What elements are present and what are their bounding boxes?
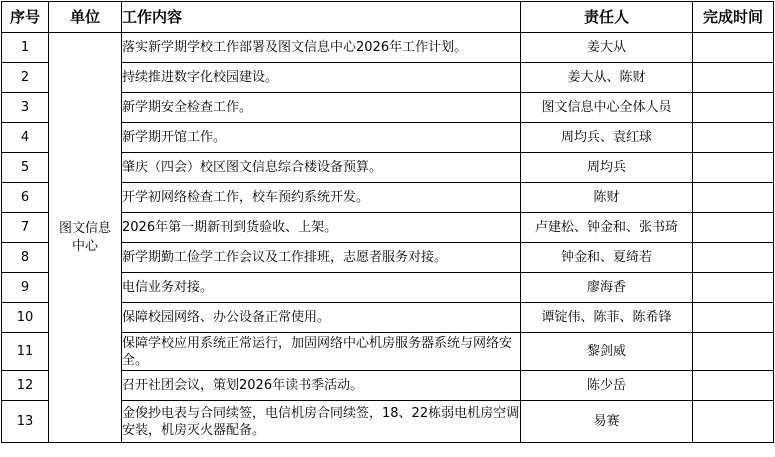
header-deadline: 完成时间 [693,2,774,33]
row-owner: 周均兵 [521,153,693,183]
row-task: 保障校园网络、办公设备正常使用。 [122,303,521,333]
row-deadline[interactable] [693,273,774,303]
unit-name: 图文信息中心 [55,220,115,256]
row-task: 新学期勤工俭学工作会议及工作排班，志愿者服务对接。 [122,243,521,273]
row-owner: 卢建松、钟金和、张书琦 [521,213,693,243]
row-owner: 姜大从 [521,33,693,63]
table-row: 1 图文信息中心 落实新学期学校工作部署及图文信息中心2026年工作计划。 姜大… [2,33,774,63]
row-owner: 姜大从、陈财 [521,63,693,93]
row-owner: 谭锭伟、陈菲、陈希锋 [521,303,693,333]
row-task: 金俊抄电表与合同续签，电信机房合同续签，18、22栋弱电机房空调安装，机房灭火器… [122,401,521,443]
row-index: 8 [2,243,49,273]
row-deadline[interactable] [693,63,774,93]
header-index: 序号 [2,2,49,33]
row-index: 6 [2,183,49,213]
row-task: 持续推进数字化校园建设。 [122,63,521,93]
row-deadline[interactable] [693,33,774,63]
work-plan-table: 序号 单位 工作内容 责任人 完成时间 1 图文信息中心 落实新学期学校工作部署… [1,1,774,443]
row-index: 3 [2,93,49,123]
row-task: 2026年第一期新刊到货验收、上架。 [122,213,521,243]
row-task: 开学初网络检查工作，校车预约系统开发。 [122,183,521,213]
row-task: 落实新学期学校工作部署及图文信息中心2026年工作计划。 [122,33,521,63]
row-owner: 周均兵、袁红球 [521,123,693,153]
row-owner: 图文信息中心全体人员 [521,93,693,123]
row-owner: 陈财 [521,183,693,213]
unit-cell: 图文信息中心 [49,33,122,443]
row-deadline[interactable] [693,213,774,243]
row-deadline[interactable] [693,401,774,443]
row-index: 5 [2,153,49,183]
row-deadline[interactable] [693,183,774,213]
row-index: 11 [2,333,49,371]
row-deadline[interactable] [693,123,774,153]
header-owner: 责任人 [521,2,693,33]
row-task: 肇庆（四会）校区图文信息综合楼设备预算。 [122,153,521,183]
row-index: 2 [2,63,49,93]
row-task: 保障学校应用系统正常运行，加固网络中心机房服务器系统与网络安全。 [122,333,521,371]
row-deadline[interactable] [693,371,774,401]
header-row: 序号 单位 工作内容 责任人 完成时间 [2,2,774,33]
row-deadline[interactable] [693,93,774,123]
row-index: 9 [2,273,49,303]
row-owner: 陈少岳 [521,371,693,401]
row-deadline[interactable] [693,333,774,371]
row-index: 12 [2,371,49,401]
row-index: 4 [2,123,49,153]
row-index: 1 [2,33,49,63]
row-deadline[interactable] [693,303,774,333]
row-deadline[interactable] [693,243,774,273]
row-task: 电信业务对接。 [122,273,521,303]
row-deadline[interactable] [693,153,774,183]
row-index: 7 [2,213,49,243]
row-owner: 钟金和、夏绮若 [521,243,693,273]
row-task: 新学期开馆工作。 [122,123,521,153]
row-owner: 易赛 [521,401,693,443]
header-task: 工作内容 [122,2,521,33]
header-unit: 单位 [49,2,122,33]
row-task: 新学期安全检查工作。 [122,93,521,123]
row-owner: 廖海香 [521,273,693,303]
row-owner: 黎剑威 [521,333,693,371]
row-index: 13 [2,401,49,443]
row-task: 召开社团会议，策划2026年读书季活动。 [122,371,521,401]
row-index: 10 [2,303,49,333]
